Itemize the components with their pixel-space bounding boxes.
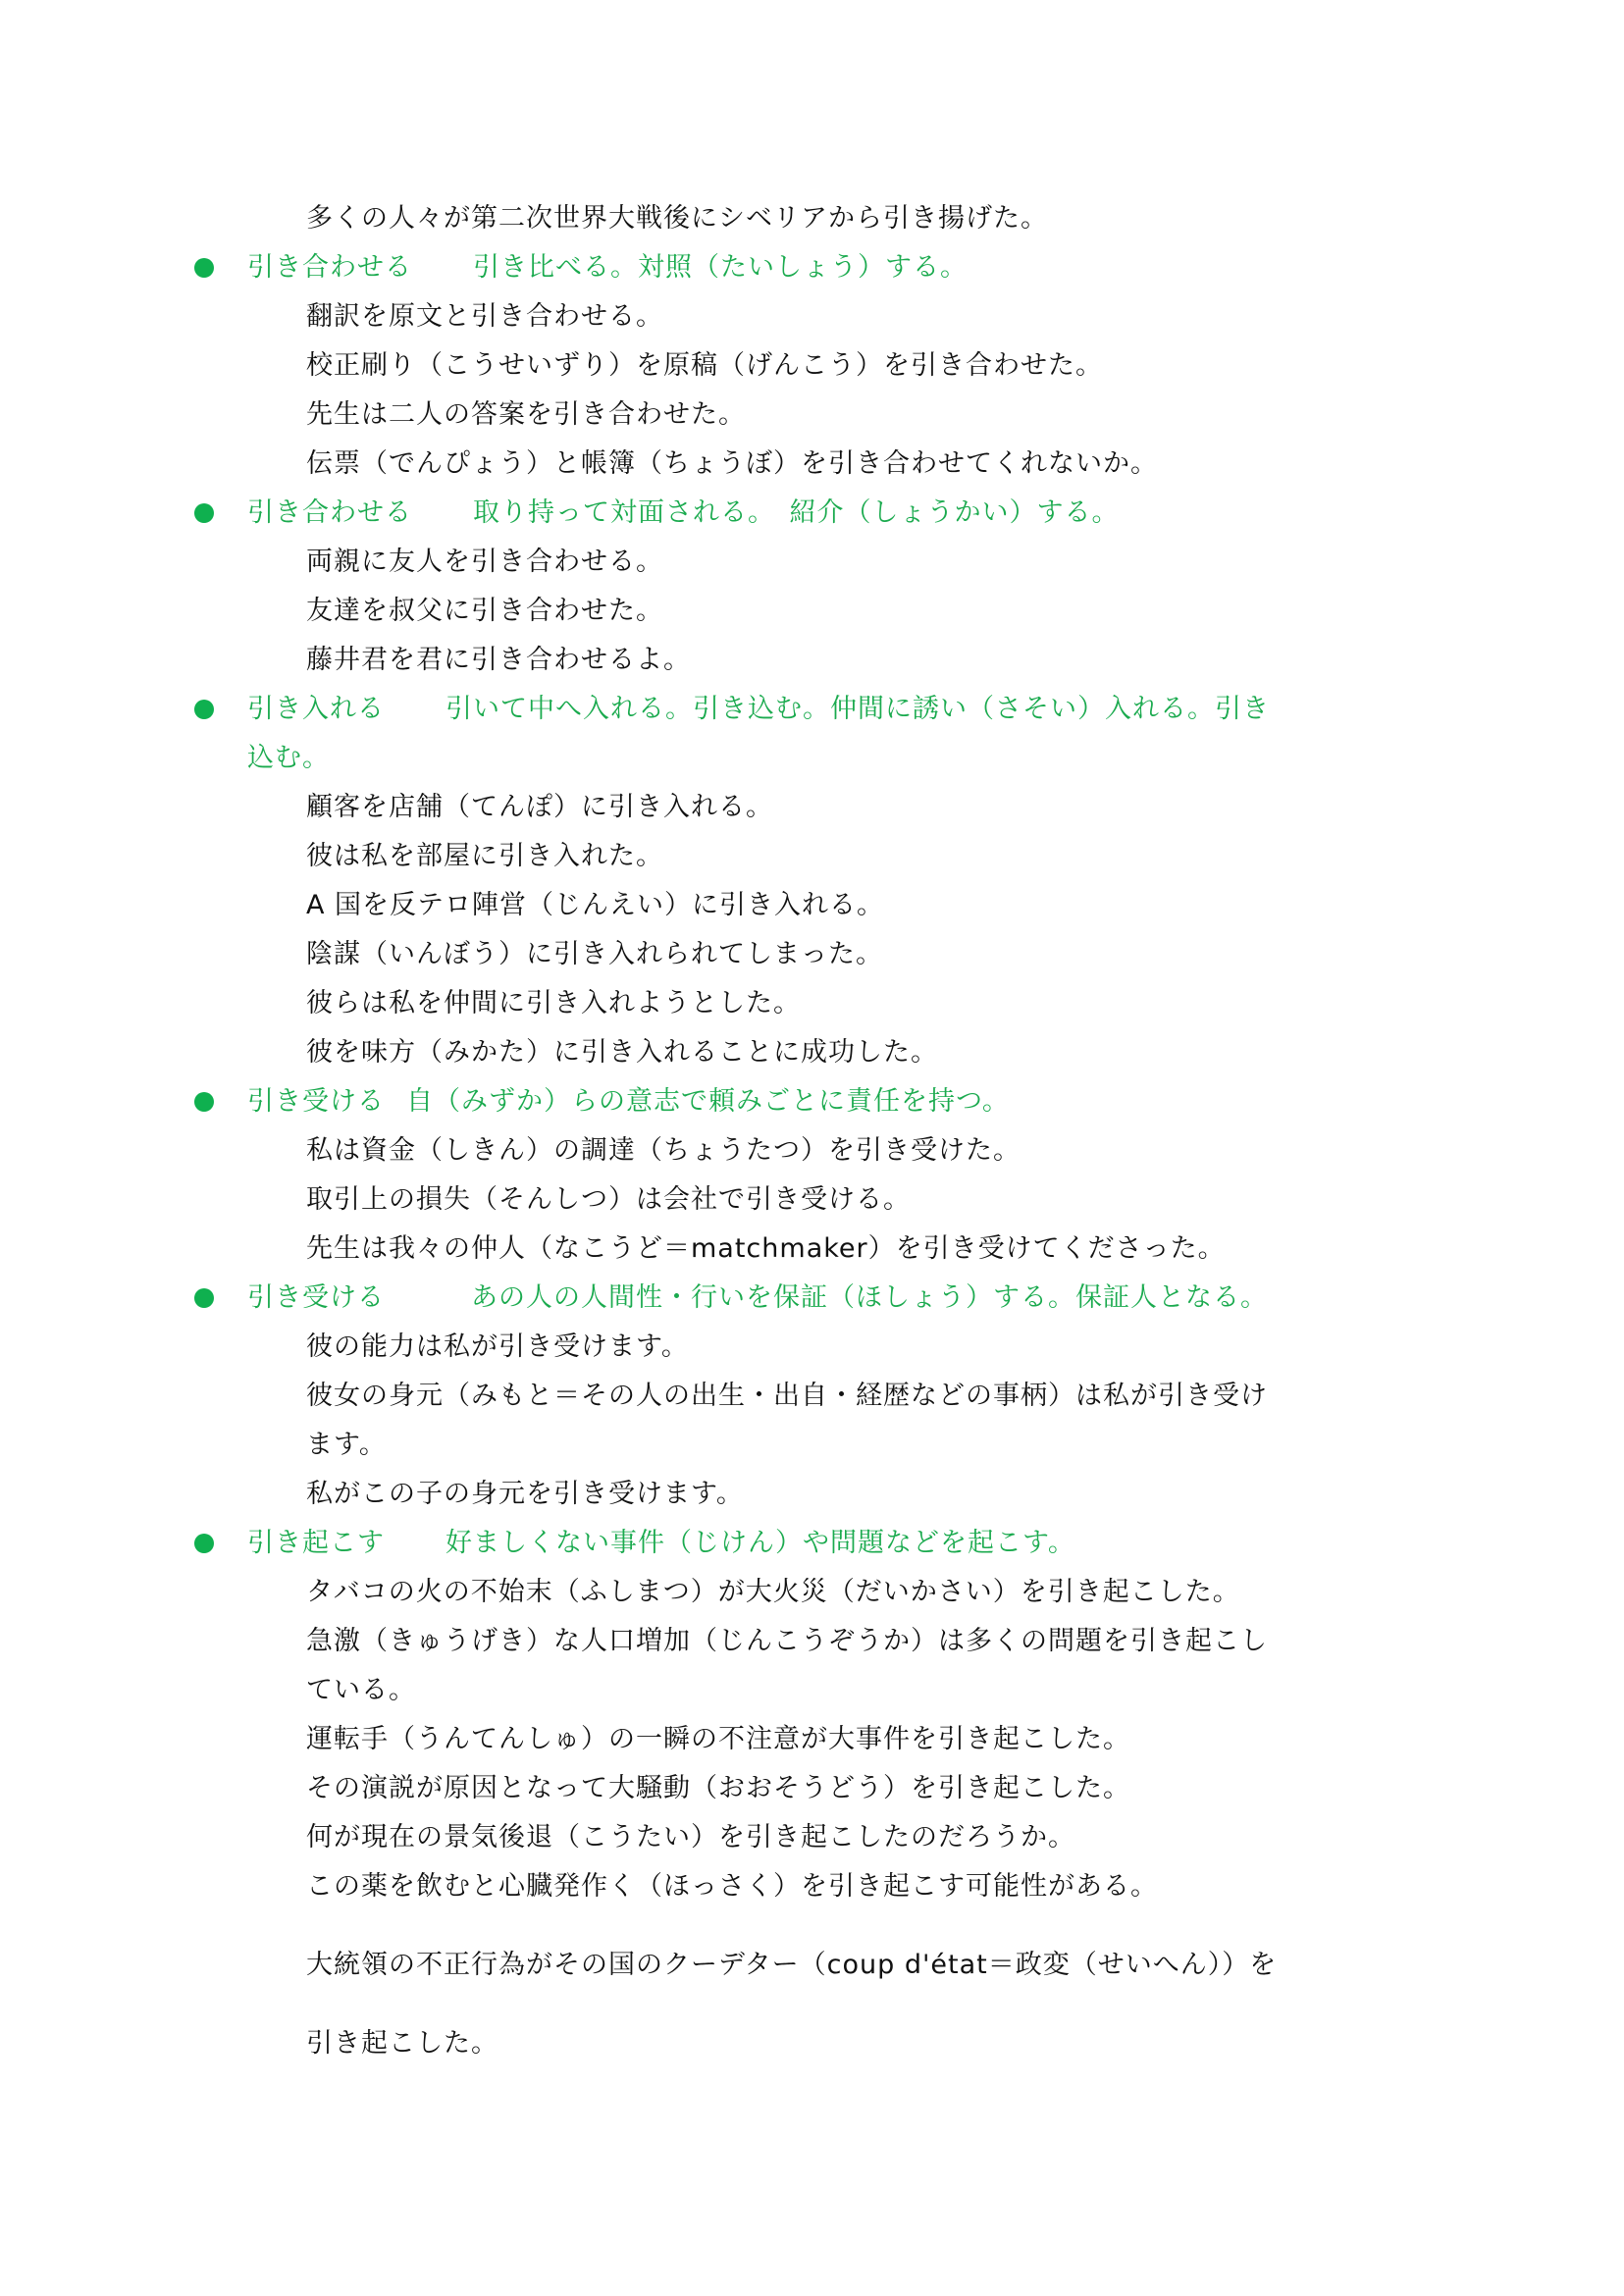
entry-definition: 自（みずか）らの意志で頼みごとに責任を持つ。	[406, 1086, 1010, 1117]
example-sentence: タバコの火の不始末（ふしまつ）が大火災（だいかさい）を引き起こした。	[306, 1575, 1240, 1610]
bullet-icon	[194, 258, 214, 278]
entry-term: 引き受ける	[247, 1086, 385, 1117]
entry-term: 引き合わせる	[247, 252, 412, 283]
bullet-icon	[194, 1288, 214, 1308]
example-sentence: 両親に友人を引き合わせる。	[306, 545, 663, 580]
entry-term: 引き入れる	[247, 694, 385, 724]
example-sentence: 陰謀（いんぼう）に引き入れられてしまった。	[306, 937, 883, 972]
example-sentence: ている。	[306, 1673, 416, 1708]
entry-definition: 取り持って対面される。 紹介（しょうかい）する。	[473, 497, 1120, 528]
bullet-icon	[194, 700, 214, 719]
entry-definition: 引き比べる。対照（たいしょう）する。	[473, 252, 968, 283]
bullet-icon	[194, 503, 214, 523]
example-sentence: この薬を飲むと心臓発作く（ほっさく）を引き起こす可能性がある。	[306, 1869, 1158, 1905]
entry-term: 引き受ける	[247, 1282, 385, 1313]
example-sentence: A 国を反テロ陣営（じんえい）に引き入れる。	[306, 888, 884, 923]
example-sentence: ます。	[306, 1428, 387, 1463]
entry-heading: 引き受ける自（みずか）らの意志で頼みごとに責任を持つ。	[247, 1084, 1010, 1120]
example-sentence: 彼女の身元（みもと＝その人の出生・出自・経歴などの事柄）は私が引き受け	[306, 1379, 1268, 1414]
example-sentence: 何が現在の景気後退（こうたい）を引き起こしたのだろうか。	[306, 1820, 1075, 1855]
entry-heading: 引き合わせる引き比べる。対照（たいしょう）する。	[247, 250, 968, 286]
example-sentence: 友達を叔父に引き合わせた。	[306, 594, 663, 629]
example-sentence: 運転手（うんてんしゅ）の一瞬の不注意が大事件を引き起こした。	[306, 1722, 1130, 1757]
entry-heading: 引き入れる引いて中へ入れる。引き込む。仲間に誘い（さそい）入れる。引き	[247, 692, 1270, 727]
example-sentence: 伝票（でんぴょう）と帳簿（ちょうぼ）を引き合わせてくれないか。	[306, 446, 1158, 482]
entry-heading: 引き受けるあの人の人間性・行いを保証（ほしょう）する。保証人となる。	[247, 1280, 1268, 1316]
entry-term: 引き合わせる	[247, 497, 412, 528]
example-sentence: 取引上の損失（そんしつ）は会社で引き受ける。	[306, 1182, 911, 1218]
example-sentence: 多くの人々が第二次世界大戦後にシベリアから引き揚げた。	[306, 201, 1048, 236]
bullet-icon	[194, 1534, 214, 1553]
example-sentence: 校正刷り（こうせいずり）を原稿（げんこう）を引き合わせた。	[306, 348, 1103, 384]
example-sentence: 急激（きゅうげき）な人口増加（じんこうぞうか）は多くの問題を引き起こし	[306, 1624, 1268, 1659]
example-sentence: 引き起こした。	[306, 2026, 498, 2061]
example-sentence: 大統領の不正行為がその国のクーデター（coup d'état＝政変（せいへん））…	[306, 1948, 1277, 1983]
entry-definition: 好ましくない事件（じけん）や問題などを起こす。	[445, 1528, 1075, 1558]
example-sentence: 彼らは私を仲間に引き入れようとした。	[306, 986, 801, 1021]
example-sentence: 先生は我々の仲人（なこうど＝matchmaker）を引き受けてくださった。	[306, 1231, 1226, 1267]
example-sentence: 私がこの子の身元を引き受けます。	[306, 1477, 744, 1512]
example-sentence: その演説が原因となって大騒動（おおそうどう）を引き起こした。	[306, 1771, 1130, 1806]
example-sentence: 顧客を店舗（てんぽ）に引き入れる。	[306, 790, 773, 825]
example-sentence: 彼の能力は私が引き受けます。	[306, 1330, 689, 1365]
bullet-icon	[194, 1092, 214, 1112]
example-sentence: 私は資金（しきん）の調達（ちょうたつ）を引き受けた。	[306, 1133, 1021, 1169]
definition-continuation: 込む。	[247, 741, 330, 776]
entry-heading: 引き合わせる取り持って対面される。 紹介（しょうかい）する。	[247, 496, 1120, 531]
entry-term: 引き起こす	[247, 1528, 385, 1558]
entry-definition: 引いて中へ入れる。引き込む。仲間に誘い（さそい）入れる。引き	[445, 694, 1270, 724]
example-sentence: 翻訳を原文と引き合わせる。	[306, 299, 663, 335]
document-page: 多くの人々が第二次世界大戦後にシベリアから引き揚げた。 引き合わせる引き比べる。…	[0, 0, 1624, 2296]
example-sentence: 彼を味方（みかた）に引き入れることに成功した。	[306, 1035, 938, 1070]
example-sentence: 先生は二人の答案を引き合わせた。	[306, 397, 746, 433]
entry-definition: あの人の人間性・行いを保証（ほしょう）する。保証人となる。	[471, 1282, 1268, 1313]
example-sentence: 藤井君を君に引き合わせるよ。	[306, 643, 691, 678]
entry-heading: 引き起こす好ましくない事件（じけん）や問題などを起こす。	[247, 1526, 1075, 1561]
example-sentence: 彼は私を部屋に引き入れた。	[306, 839, 663, 874]
